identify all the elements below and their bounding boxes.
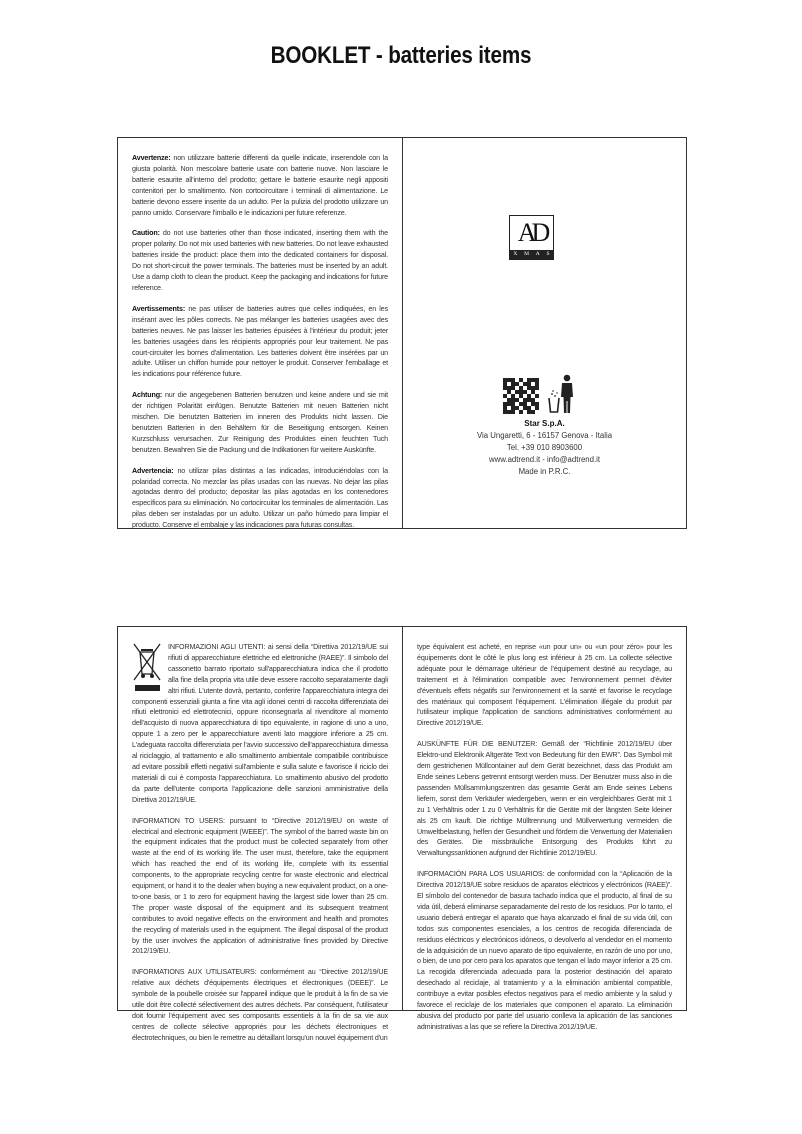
logo-band: X M A S	[510, 250, 553, 259]
logo-band-letter: X	[513, 250, 517, 259]
company-phone: Tel. +39 010 8903600	[403, 442, 686, 454]
weee-right-column: type équivalent est acheté, en reprise «…	[403, 627, 686, 1010]
brand-column: AD X M A S	[403, 138, 686, 528]
company-origin: Made in P.R.C.	[403, 466, 686, 478]
warning-text: non utilizzare batterie differenti da qu…	[132, 154, 388, 217]
qr-code-icon	[503, 378, 539, 414]
warning-text: ne pas utiliser de batteries autres que …	[132, 305, 388, 378]
warning-italian: Avvertenze: non utilizzare batterie diff…	[132, 153, 388, 218]
warning-spanish: Advertencia: no utilizar pilas distintas…	[132, 466, 388, 531]
company-address: Via Ungaretti, 6 - 16157 Genova - Italia	[403, 430, 686, 442]
warning-label: Achtung:	[132, 391, 162, 399]
weee-spanish: INFORMACIÓN PARA LOS USUARIOS: de confor…	[417, 869, 672, 1033]
crossed-bin-icon	[132, 642, 162, 694]
weee-english: INFORMATION TO USERS: pursuant to “Direc…	[132, 816, 388, 958]
logo-band-letter: S	[547, 250, 550, 259]
warnings-column: Avvertenze: non utilizzare batterie diff…	[118, 138, 403, 528]
weee-italian: INFORMAZIONI AGLI UTENTI: ai sensi della…	[132, 642, 388, 806]
page-title: BOOKLET - batteries items	[56, 42, 746, 70]
warning-english: Caution: do not use batteries other than…	[132, 228, 388, 293]
warning-french: Avertissements: ne pas utiliser de batte…	[132, 304, 388, 380]
warning-text: do not use batteries other than those in…	[132, 229, 388, 292]
warning-text: no utilizar pilas distintas a las indica…	[132, 467, 388, 530]
disposal-icons	[503, 374, 577, 414]
company-name: Star S.p.A.	[403, 418, 686, 430]
warning-text: nur die angegebenen Batterien benutzen u…	[132, 391, 388, 454]
weee-german: AUSKÜNFTE FÜR DIE BENUTZER: Gemäß der “R…	[417, 739, 672, 859]
warning-label: Avertissements:	[132, 305, 185, 313]
weee-french-start: INFORMATIONS AUX UTILISATEURS: conformém…	[132, 967, 388, 1043]
company-info: Star S.p.A. Via Ungaretti, 6 - 16157 Gen…	[403, 418, 686, 478]
battery-warnings-panel: Avvertenze: non utilizzare batterie diff…	[117, 137, 687, 529]
logo-band-letter: A	[536, 250, 540, 259]
warning-label: Avvertenze:	[132, 154, 171, 162]
weee-left-column: INFORMAZIONI AGLI UTENTI: ai sensi della…	[118, 627, 403, 1010]
logo-band-letter: M	[524, 250, 529, 259]
warning-german: Achtung: nur die angegebenen Batterien b…	[132, 390, 388, 455]
ad-xmas-logo: AD X M A S	[509, 215, 554, 260]
logo-letters: AD	[510, 220, 553, 246]
company-web: www.adtrend.it - info@adtrend.it	[403, 454, 686, 466]
warning-label: Advertencia:	[132, 467, 173, 475]
weee-french-end: type équivalent est acheté, en reprise «…	[417, 642, 672, 729]
weee-info-panel: INFORMAZIONI AGLI UTENTI: ai sensi della…	[117, 626, 687, 1011]
warning-label: Caution:	[132, 229, 160, 237]
person-bin-icon	[547, 374, 577, 414]
